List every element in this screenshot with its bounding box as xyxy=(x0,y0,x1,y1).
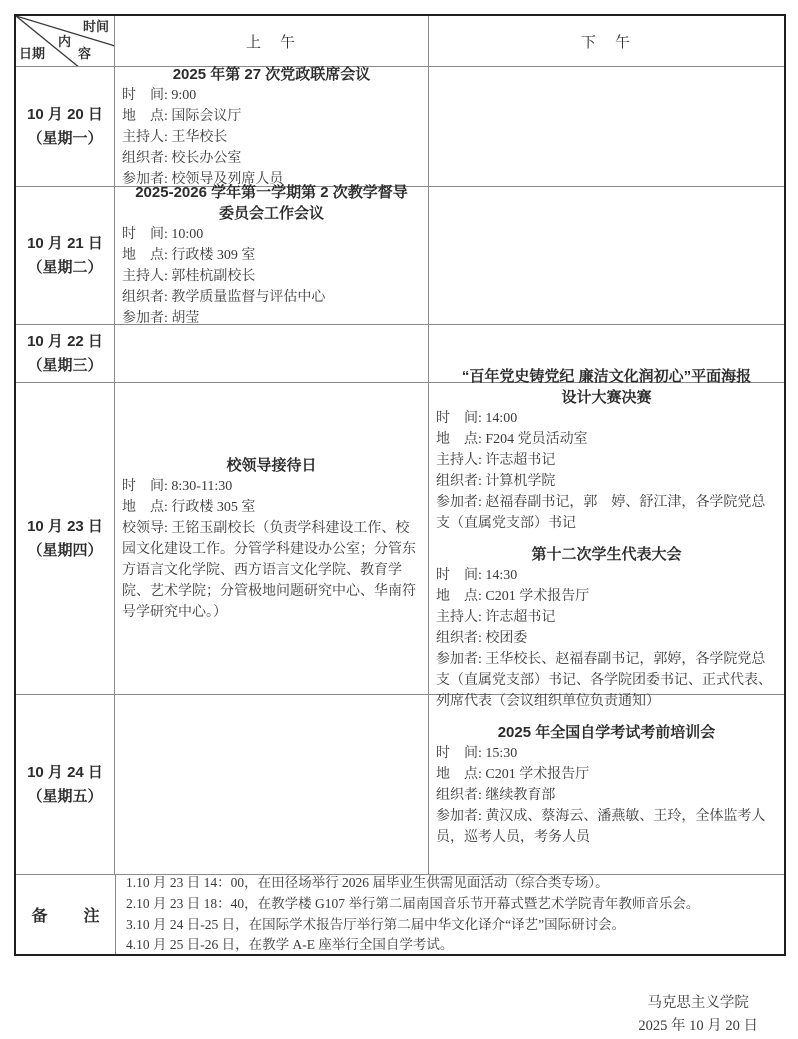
schedule-table: 时间 内 日期 容 上 午 下 午 10 月 20 日 （星期一） 2025 年… xyxy=(14,14,786,956)
notes-label: 备 注 xyxy=(16,875,116,954)
event-line-place: 地 点: F204 党员活动室 xyxy=(436,429,777,450)
date-label: 10 月 21 日 xyxy=(27,232,103,255)
event: 2025-2026 学年第一学期第 2 次教学督导 委员会工作会议 时 间: 1… xyxy=(122,182,421,329)
event-line-place: 地 点: 国际会议厅 xyxy=(122,106,421,127)
weekday-label: （星期四） xyxy=(27,539,102,562)
event-line-participants: 参加者: 赵福春副书记，郭 婷、舒江津，各学院党总支（直属党支部）书记 xyxy=(436,492,777,534)
event-line-time: 时 间: 14:00 xyxy=(436,408,777,429)
event-line-place: 地 点: 行政楼 309 室 xyxy=(122,245,421,266)
date-label: 10 月 20 日 xyxy=(27,103,103,126)
event-title: 2025 年第 27 次党政联席会议 xyxy=(122,64,421,85)
afternoon-cell: “百年党史铸党纪 廉洁文化润初心”平面海报 设计大赛决赛 时 间: 14:00 … xyxy=(429,383,784,694)
event-title: 第十二次学生代表大会 xyxy=(436,544,777,565)
morning-cell-empty xyxy=(115,325,429,382)
event-line-organizer: 组织者: 校团委 xyxy=(436,628,777,649)
corner-time-label: 时间 xyxy=(83,17,109,37)
event-line-time: 时 间: 8:30-11:30 xyxy=(122,476,421,497)
event-title-line2: 委员会工作会议 xyxy=(122,203,421,224)
date-cell: 10 月 23 日 （星期四） xyxy=(16,383,115,694)
event-line-time: 时 间: 10:00 xyxy=(122,224,421,245)
column-header-morning: 上 午 xyxy=(115,16,429,66)
event-line-host: 主持人: 郭桂杭副校长 xyxy=(122,266,421,287)
event-line-host: 主持人: 许志超书记 xyxy=(436,450,777,471)
schedule-row-fri: 10 月 24 日 （星期五） 2025 年全国自学考试考前培训会 时 间: 1… xyxy=(16,694,784,874)
event: 2025 年全国自学考试考前培训会 时 间: 15:30 地 点: C201 学… xyxy=(436,722,777,848)
event-line-time: 时 间: 14:30 xyxy=(436,565,777,586)
morning-cell: 校领导接待日 时 间: 8:30-11:30 地 点: 行政楼 305 室 校领… xyxy=(115,383,429,694)
event-line-place: 地 点: 行政楼 305 室 xyxy=(122,497,421,518)
footer-signature: 马克思主义学院 2025 年 10 月 20 日 xyxy=(638,992,758,1038)
afternoon-cell-empty xyxy=(429,67,784,186)
notes-item: 1.10 月 23 日 14：00，在田径场举行 2026 届毕业生供需见面活动… xyxy=(126,873,774,894)
schedule-row-mon: 10 月 20 日 （星期一） 2025 年第 27 次党政联席会议 时 间: … xyxy=(16,66,784,186)
notes-row: 备 注 1.10 月 23 日 14：00，在田径场举行 2026 届毕业生供需… xyxy=(16,874,784,954)
date-cell: 10 月 20 日 （星期一） xyxy=(16,67,115,186)
notes-item: 3.10 月 24 日-25 日，在国际学术报告厅举行第二届中华文化译介“译艺”… xyxy=(126,915,774,936)
event-line-host: 主持人: 许志超书记 xyxy=(436,607,777,628)
notes-item: 4.10 月 25 日-26 日，在教学 A-E 座举行全国自学考试。 xyxy=(126,935,774,956)
event-line-organizer: 组织者: 校长办公室 xyxy=(122,148,421,169)
weekday-label: （星期二） xyxy=(27,256,102,279)
afternoon-cell-empty xyxy=(429,187,784,324)
weekday-label: （星期一） xyxy=(27,127,102,150)
footer-date: 2025 年 10 月 20 日 xyxy=(638,1015,758,1038)
morning-cell-empty xyxy=(115,695,429,874)
morning-cell: 2025-2026 学年第一学期第 2 次教学督导 委员会工作会议 时 间: 1… xyxy=(115,187,429,324)
column-header-afternoon: 下 午 xyxy=(429,16,784,66)
corner-cell: 时间 内 日期 容 xyxy=(16,16,115,66)
event-line-participants: 参加者: 黄汉成、蔡海云、潘燕敏、王玲，全体监考人员，巡考人员，考务人员 xyxy=(436,806,777,848)
notes-item: 2.10 月 23 日 18：40，在教学楼 G107 举行第二届南国音乐节开幕… xyxy=(126,894,774,915)
event-title: 2025 年全国自学考试考前培训会 xyxy=(436,722,777,743)
event-title: 校领导接待日 xyxy=(122,455,421,476)
event-line-place: 地 点: C201 学术报告厅 xyxy=(436,586,777,607)
schedule-row-thu: 10 月 23 日 （星期四） 校领导接待日 时 间: 8:30-11:30 地… xyxy=(16,382,784,694)
event-line-time: 时 间: 15:30 xyxy=(436,743,777,764)
event-line-host: 主持人: 王华校长 xyxy=(122,127,421,148)
event-title-line2: 设计大赛决赛 xyxy=(436,387,777,408)
weekday-label: （星期五） xyxy=(27,785,102,808)
event: “百年党史铸党纪 廉洁文化润初心”平面海报 设计大赛决赛 时 间: 14:00 … xyxy=(436,366,777,534)
date-cell: 10 月 24 日 （星期五） xyxy=(16,695,115,874)
header-row: 时间 内 日期 容 上 午 下 午 xyxy=(16,16,784,66)
afternoon-cell: 2025 年全国自学考试考前培训会 时 间: 15:30 地 点: C201 学… xyxy=(429,695,784,874)
event: 2025 年第 27 次党政联席会议 时 间: 9:00 地 点: 国际会议厅 … xyxy=(122,64,421,190)
corner-content-bottom-label: 容 xyxy=(78,44,91,64)
event: 第十二次学生代表大会 时 间: 14:30 地 点: C201 学术报告厅 主持… xyxy=(436,544,777,712)
date-label: 10 月 24 日 xyxy=(27,761,103,784)
date-label: 10 月 23 日 xyxy=(27,515,103,538)
event-line-organizer: 组织者: 继续教育部 xyxy=(436,785,777,806)
event-line-time: 时 间: 9:00 xyxy=(122,85,421,106)
event-title: “百年党史铸党纪 廉洁文化润初心”平面海报 xyxy=(436,366,777,387)
event-line-leader: 校领导: 王铭玉副校长（负责学科建设工作、校园文化建设工作。分管学科建设办公室；… xyxy=(122,518,421,623)
weekday-label: （星期三） xyxy=(27,354,102,377)
notes-body: 1.10 月 23 日 14：00，在田径场举行 2026 届毕业生供需见面活动… xyxy=(116,875,784,954)
date-cell: 10 月 21 日 （星期二） xyxy=(16,187,115,324)
morning-cell: 2025 年第 27 次党政联席会议 时 间: 9:00 地 点: 国际会议厅 … xyxy=(115,67,429,186)
event-line-place: 地 点: C201 学术报告厅 xyxy=(436,764,777,785)
page: { "header": { "corner": { "time": "时间", … xyxy=(0,0,798,1039)
schedule-row-tue: 10 月 21 日 （星期二） 2025-2026 学年第一学期第 2 次教学督… xyxy=(16,186,784,324)
event-title: 2025-2026 学年第一学期第 2 次教学督导 xyxy=(122,182,421,203)
date-cell: 10 月 22 日 （星期三） xyxy=(16,325,115,382)
corner-date-label: 日期 xyxy=(19,44,45,64)
corner-content-top-label: 内 xyxy=(58,32,71,52)
event-line-organizer: 组织者: 计算机学院 xyxy=(436,471,777,492)
event-line-organizer: 组织者: 教学质量监督与评估中心 xyxy=(122,287,421,308)
event: 校领导接待日 时 间: 8:30-11:30 地 点: 行政楼 305 室 校领… xyxy=(122,455,421,623)
footer-org: 马克思主义学院 xyxy=(638,992,758,1015)
date-label: 10 月 22 日 xyxy=(27,330,103,353)
